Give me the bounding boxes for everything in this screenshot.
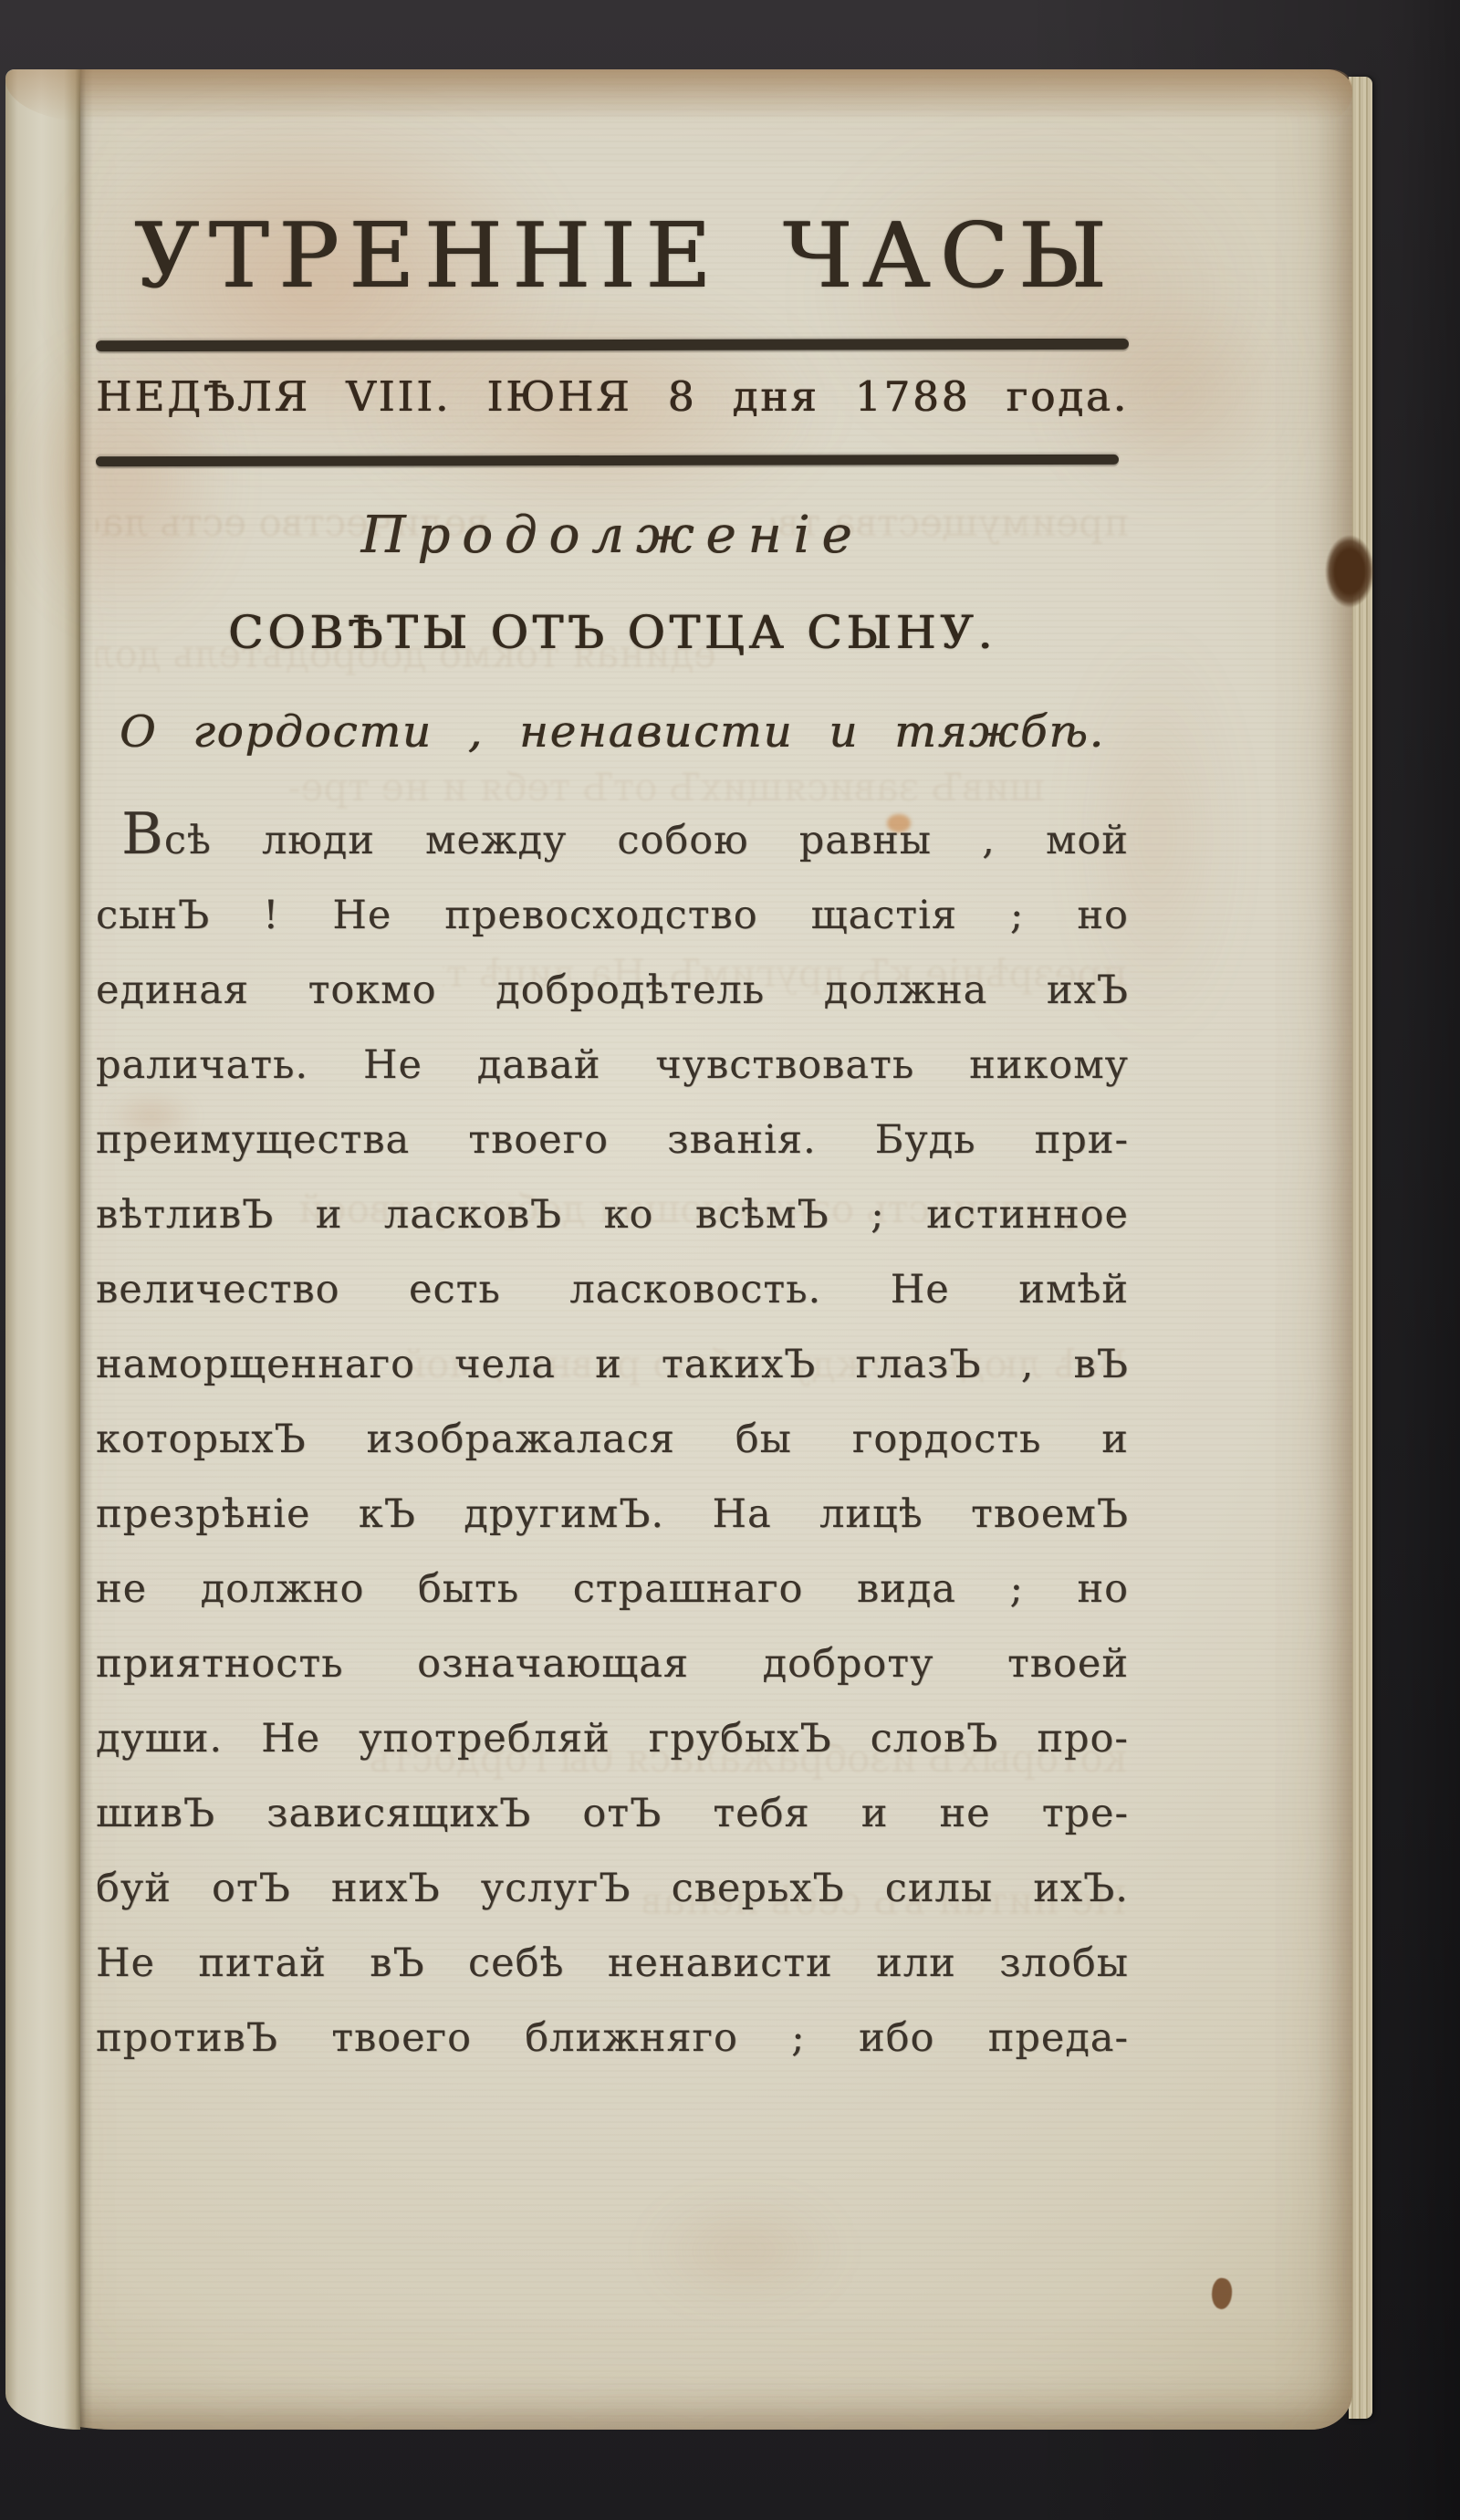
body-text: Всѣлюдимеждусобоюравны,мой сынЪ!Непревос…	[96, 805, 1129, 2077]
text-column: величество есть ласковость. Не имѣй преи…	[96, 0, 1129, 2520]
separator-rule-top	[96, 339, 1129, 351]
issue-date-line: НЕДѢЛЯVIII.ІЮНЯ8дня1788года.	[96, 372, 1129, 421]
body-text-line: наморщеннагочелаитакихЪглазЪ,вЪ	[96, 1329, 1129, 1404]
body-text-line: приятностьозначающаядобротутвоей	[96, 1628, 1129, 1703]
body-text-line: буйотЪнихЪуслугЪсверьхЪсилыихЪ.	[96, 1853, 1129, 1928]
body-text-line: вѣтливЪиласковЪковсѣмЪ;истинное	[96, 1179, 1129, 1254]
continuation-heading: Продолженіе	[96, 506, 1129, 565]
article-title: СОВѢТЫ ОТЪ ОТЦА СЫНУ.	[96, 606, 1129, 659]
chapter-heading: Огордости,ненавистиитяжбѣ.	[96, 706, 1129, 758]
body-text-line: НепитайвЪсебѣненавистиилизлобы	[96, 1928, 1129, 2002]
body-text-line: души.НеупотребляйгрубыхЪсловЪпро-	[96, 1703, 1129, 1778]
body-text-line: Всѣлюдимеждусобоюравны,мой	[96, 805, 1129, 880]
body-text-line: величествоестьласковость.Неимѣй	[96, 1254, 1129, 1329]
body-text-line: которыхЪизображаласябыгордостьи	[96, 1404, 1129, 1479]
masthead-title: УТРЕННІЕ ЧАСЫ	[109, 212, 1142, 301]
body-text-line: сынЪ!Непревосходствощастія;но	[96, 880, 1129, 955]
body-text-line: единаятокмодобродѣтельдолжнаихЪ	[96, 955, 1129, 1030]
body-text-line: шивЪзависящихЪотЪтебяинетре-	[96, 1778, 1129, 1853]
body-text-line: противЪтвоегоближняго;ибопреда-	[96, 2002, 1129, 2077]
foxing-spot	[1210, 2277, 1235, 2311]
body-text-line: презрѣніекЪдругимЪ.НалицѣтвоемЪ	[96, 1479, 1129, 1553]
show-through-text: шивЪ зависящихЪ отЪ тебя и не тре-	[151, 765, 1045, 810]
page-gutter	[5, 69, 80, 2430]
body-text-line: недолжнобытьстрашнаговида;но	[96, 1553, 1129, 1628]
gutter-crease	[80, 69, 93, 2430]
ink-blot	[1325, 535, 1374, 608]
body-text-line: раличать.Недавайчувствоватьникому	[96, 1030, 1129, 1104]
separator-rule-bottom	[96, 455, 1119, 466]
body-text-line: преимуществатвоегозванія.Будьпри-	[96, 1104, 1129, 1179]
